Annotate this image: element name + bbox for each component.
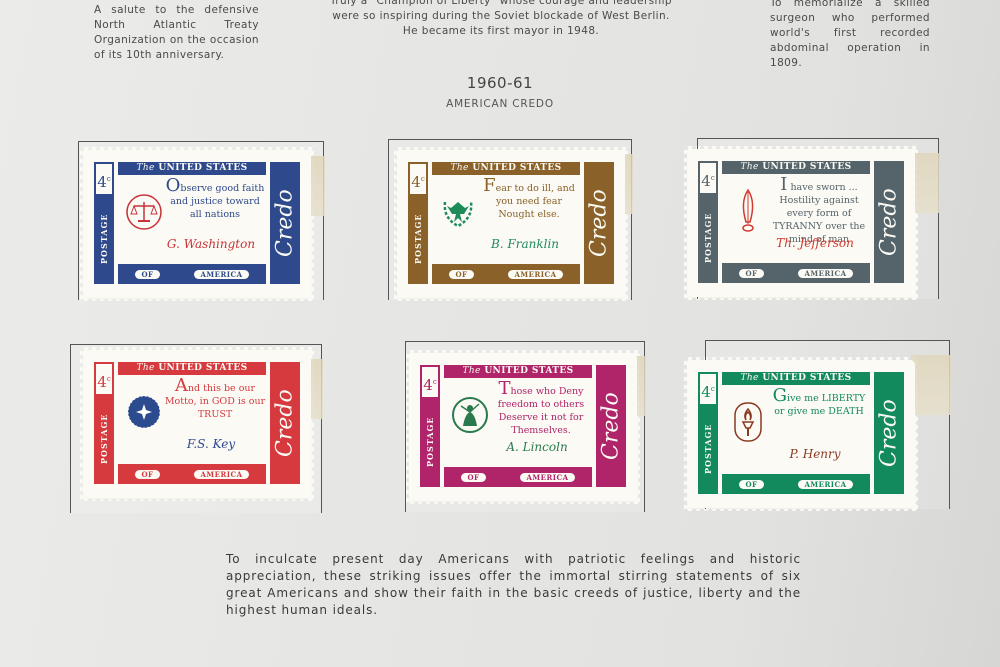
stamp-quote: Give me LIBERTY or give me DEATH xyxy=(768,389,870,418)
stamp[interactable]: 4c POSTAGE The UNITED STATES And this be… xyxy=(86,353,308,495)
section-year: 1960-61 xyxy=(420,74,580,92)
stamp-signature: F.S. Key xyxy=(156,437,266,451)
stamp-postage-label: POSTAGE xyxy=(700,406,716,492)
stamp-header: The UNITED STATES xyxy=(118,162,266,175)
stamp-footer: OFAMERICA xyxy=(722,263,870,283)
stamp-left-panel: 4c POSTAGE xyxy=(420,365,440,487)
star-seal-icon xyxy=(124,389,164,435)
stamp-header: The UNITED STATES xyxy=(722,161,870,174)
stamp-header: The UNITED STATES xyxy=(722,372,870,385)
stamp-signature: A. Lincoln xyxy=(482,440,592,454)
stamp-left-panel: 4c POSTAGE xyxy=(698,161,718,283)
page-caption: To inculcate present day Americans with … xyxy=(226,551,801,619)
stamp-quote: Fear to do ill, and you need fear Nought… xyxy=(478,179,580,221)
liberty-figure-icon xyxy=(450,392,490,438)
stamp-footer: OFAMERICA xyxy=(118,464,266,484)
stamp[interactable]: 4c POSTAGE The UNITED STATES Fear to do … xyxy=(400,153,622,295)
section-title: AMERICAN CREDO xyxy=(400,98,600,110)
stamp-header: The UNITED STATES xyxy=(444,365,592,378)
stamp[interactable]: 4c POSTAGE The UNITED STATES I have swor… xyxy=(690,152,912,294)
stamp-postage-label: POSTAGE xyxy=(410,196,426,282)
stamp-left-panel: 4c POSTAGE xyxy=(94,162,114,284)
stamp-denomination: 4c xyxy=(422,367,438,399)
eagle-wreath-icon xyxy=(438,189,478,235)
stamp-signature: G. Washington xyxy=(156,237,266,251)
blurb-champion-of-liberty: Truly a "Champion of Liberty" whose cour… xyxy=(326,0,676,39)
stamp-signature: B. Franklin xyxy=(470,237,580,251)
stamp-footer: OFAMERICA xyxy=(444,467,592,487)
torch-icon xyxy=(728,399,768,445)
stamp-credo-panel: Credo xyxy=(874,161,904,283)
stamp[interactable]: 4c POSTAGE The UNITED STATES Those who D… xyxy=(412,356,634,498)
stamp-postage-label: POSTAGE xyxy=(96,396,112,482)
scales-of-justice-icon xyxy=(124,189,164,235)
stamp-postage-label: POSTAGE xyxy=(700,195,716,281)
stamp-quote: Observe good faith and justice toward al… xyxy=(164,179,266,221)
blurb-nato: A salute to the defensive North Atlantic… xyxy=(94,3,259,63)
stamp-credo-panel: Credo xyxy=(270,162,300,284)
stamp-denomination: 4c xyxy=(700,374,716,406)
stamp-credo-panel: Credo xyxy=(584,162,614,284)
stamp-header: The UNITED STATES xyxy=(118,362,266,375)
stamp-credo-panel: Credo xyxy=(596,365,626,487)
stamp-header: The UNITED STATES xyxy=(432,162,580,175)
stamp-left-panel: 4c POSTAGE xyxy=(408,162,428,284)
stamp-credo-panel: Credo xyxy=(270,362,300,484)
stamp-signature: P. Henry xyxy=(760,447,870,461)
stamp-left-panel: 4c POSTAGE xyxy=(698,372,718,494)
stamp-footer: OFAMERICA xyxy=(118,264,266,284)
stamp[interactable]: 4c POSTAGE The UNITED STATES Give me LIB… xyxy=(690,363,912,505)
stamp-denomination: 4c xyxy=(96,364,112,396)
stamp-signature: Th. Jefferson xyxy=(760,236,870,250)
stamp-credo-panel: Credo xyxy=(874,372,904,494)
stamp-postage-label: POSTAGE xyxy=(96,196,112,282)
stamp-denomination: 4c xyxy=(96,164,112,196)
stamp-left-panel: 4c POSTAGE xyxy=(94,362,114,484)
hinge-mount xyxy=(911,355,951,415)
stamp-postage-label: POSTAGE xyxy=(422,399,438,485)
stamp-denomination: 4c xyxy=(410,164,426,196)
quill-pen-icon xyxy=(728,188,768,234)
stamp-quote: And this be our Motto, in GOD is our TRU… xyxy=(164,379,266,421)
stamp-footer: OFAMERICA xyxy=(722,474,870,494)
stamp-footer: OFAMERICA xyxy=(432,264,580,284)
stamp-quote: Those who Deny freedom to others Deserve… xyxy=(490,382,592,437)
stamp[interactable]: 4c POSTAGE The UNITED STATES Observe goo… xyxy=(86,153,308,295)
stamp-denomination: 4c xyxy=(700,163,716,195)
blurb-surgeon: To memorialize a skilled surgeon who per… xyxy=(770,0,930,71)
